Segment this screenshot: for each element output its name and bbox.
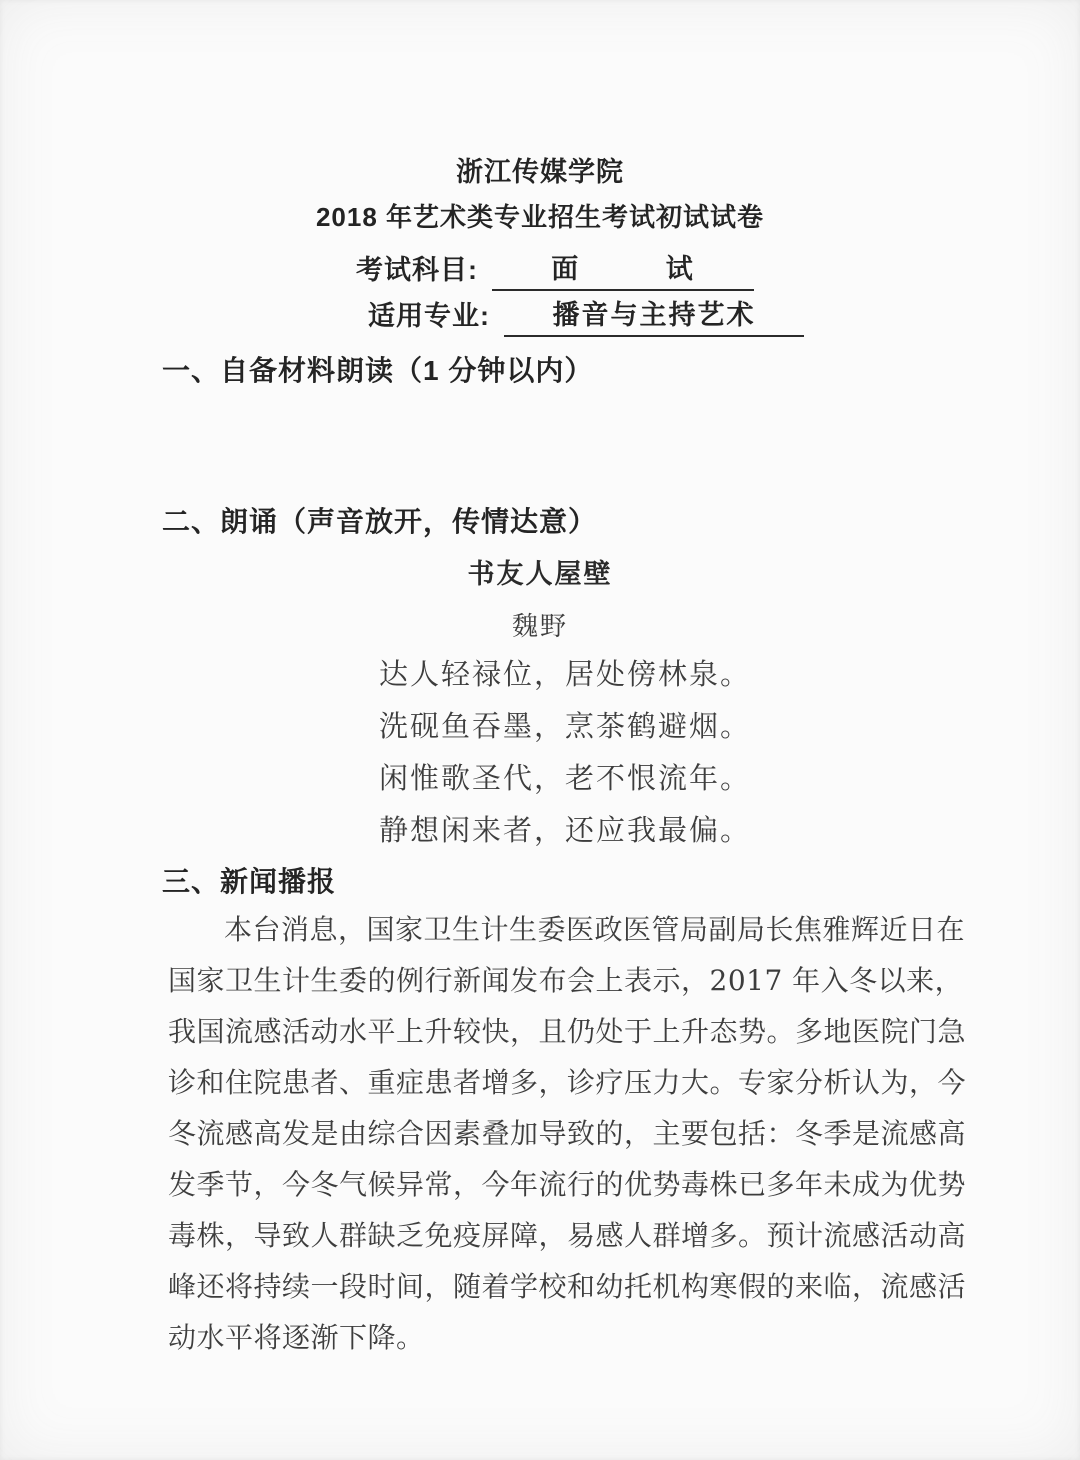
news-line-3: 我国流感活动水平上升较快，且仍处于上升态势。多地医院门急 (168, 1006, 948, 1057)
applicable-major-underline: 播音与主持艺术 (504, 293, 804, 337)
poem-line-3: 闲惟歌圣代，老不恨流年。 (25, 752, 1080, 804)
news-line-5: 冬流感高发是由综合因素叠加导致的，主要包括：冬季是流感高 (168, 1108, 948, 1159)
news-paragraph: 本台消息，国家卫生计生委医政医管局副局长焦雅辉近日在 国家卫生计生委的例行新闻发… (168, 904, 948, 1363)
poem-line-2: 洗砚鱼吞墨，烹茶鹤避烟。 (25, 700, 1080, 752)
exam-subject-label: 考试科目: (356, 248, 478, 291)
news-line-4: 诊和住院患者、重症患者增多，诊疗压力大。专家分析认为，今 (168, 1057, 948, 1108)
section-3-heading: 三、新闻播报 (162, 860, 336, 900)
news-line-1: 本台消息，国家卫生计生委医政医管局副局长焦雅辉近日在 (168, 904, 948, 955)
news-line-6: 发季节，今冬气候异常，今年流行的优势毒株已多年未成为优势 (168, 1159, 948, 1210)
exam-paper-subtitle: 2018 年艺术类专业招生考试初试试卷 (0, 197, 1080, 234)
news-line-2: 国家卫生计生委的例行新闻发布会上表示，2017 年入冬以来， (168, 955, 948, 1006)
applicable-major-row: 适用专业: 播音与主持艺术 (368, 293, 804, 337)
exam-subject-row: 考试科目: 面 试 (356, 247, 754, 291)
news-line-8: 峰还将持续一段时间，随着学校和幼托机构寒假的来临，流感活 (168, 1261, 948, 1312)
section-2-heading: 二、朗诵（声音放开，传情达意） (162, 500, 597, 540)
exam-paper-page: 浙江传媒学院 2018 年艺术类专业招生考试初试试卷 考试科目: 面 试 适用专… (0, 0, 1080, 1460)
applicable-major-value: 播音与主持艺术 (553, 300, 756, 330)
exam-subject-value: 面 试 (551, 254, 695, 284)
poem-line-4: 静想闲来者，还应我最偏。 (25, 804, 1080, 856)
news-line-7: 毒株，导致人群缺乏免疫屏障，易感人群增多。预计流感活动高 (168, 1210, 948, 1261)
exam-subject-underline: 面 试 (492, 247, 754, 291)
applicable-major-label: 适用专业: (368, 294, 490, 337)
news-line-9: 动水平将逐渐下降。 (168, 1312, 948, 1363)
poem-author: 魏野 (0, 606, 1080, 643)
school-title: 浙江传媒学院 (0, 150, 1080, 189)
poem-body: 达人轻禄位，居处傍林泉。 洗砚鱼吞墨，烹茶鹤避烟。 闲惟歌圣代，老不恨流年。 静… (25, 648, 1080, 856)
poem-line-1: 达人轻禄位，居处傍林泉。 (25, 648, 1080, 700)
section-1-heading: 一、自备材料朗读（1 分钟以内） (162, 349, 593, 389)
poem-title: 书友人屋壁 (0, 552, 1080, 591)
